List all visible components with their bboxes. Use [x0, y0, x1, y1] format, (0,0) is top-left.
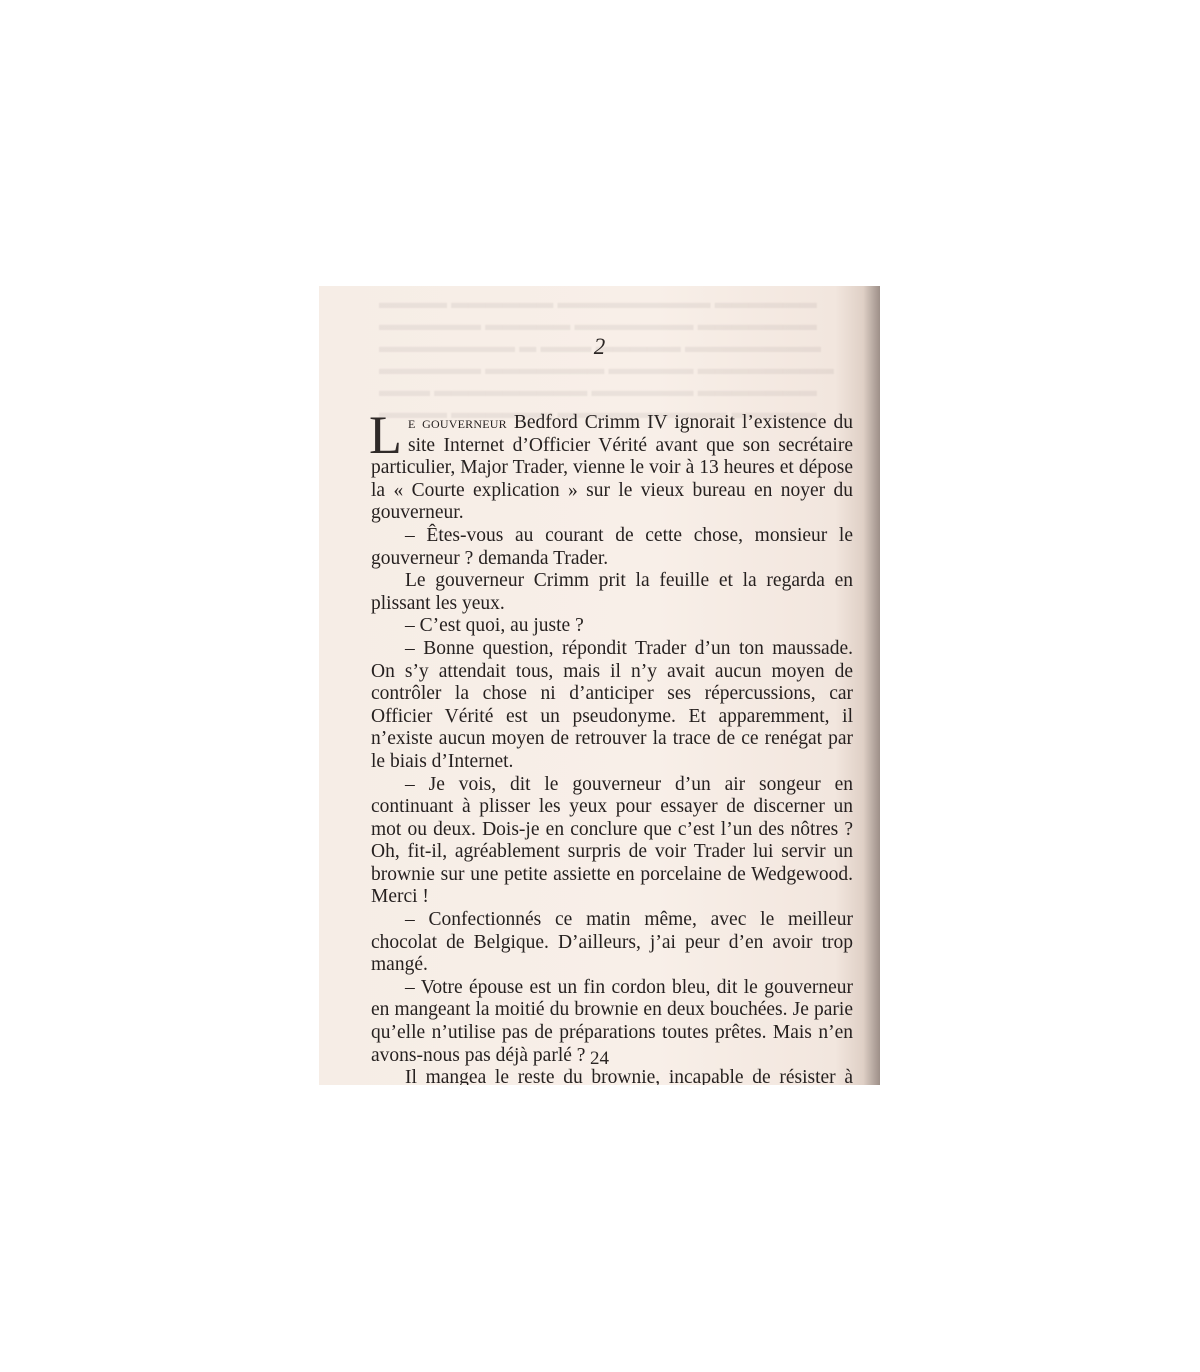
- paragraph: – Bonne question, répondit Trader d’un t…: [371, 638, 853, 774]
- paragraph: – C’est quoi, au juste ?: [371, 615, 853, 638]
- paragraph: – Êtes-vous au courant de cette chose, m…: [371, 525, 853, 570]
- chapter-number: 2: [319, 334, 880, 360]
- book-page: ▬▬▬▬ ▬▬▬▬▬▬ ▬▬▬▬▬▬▬▬▬ ▬▬▬▬▬▬▬▬▬▬▬▬ ▬▬▬▬▬…: [319, 286, 880, 1085]
- opening-smallcaps: e gouverneur: [408, 413, 507, 432]
- paragraph: Le gouverneur Crimm prit la feuille et l…: [371, 570, 853, 615]
- opening-paragraph: Le gouverneur Bedford Crimm IV ignorait …: [371, 412, 853, 525]
- page-number: 24: [319, 1048, 880, 1070]
- paragraph: – Confectionnés ce matin même, avec le m…: [371, 909, 853, 977]
- paragraph: – Je vois, dit le gouverneur d’un air so…: [371, 774, 853, 910]
- body-text: Le gouverneur Bedford Crimm IV ignorait …: [371, 412, 853, 1085]
- drop-cap: L: [369, 413, 402, 457]
